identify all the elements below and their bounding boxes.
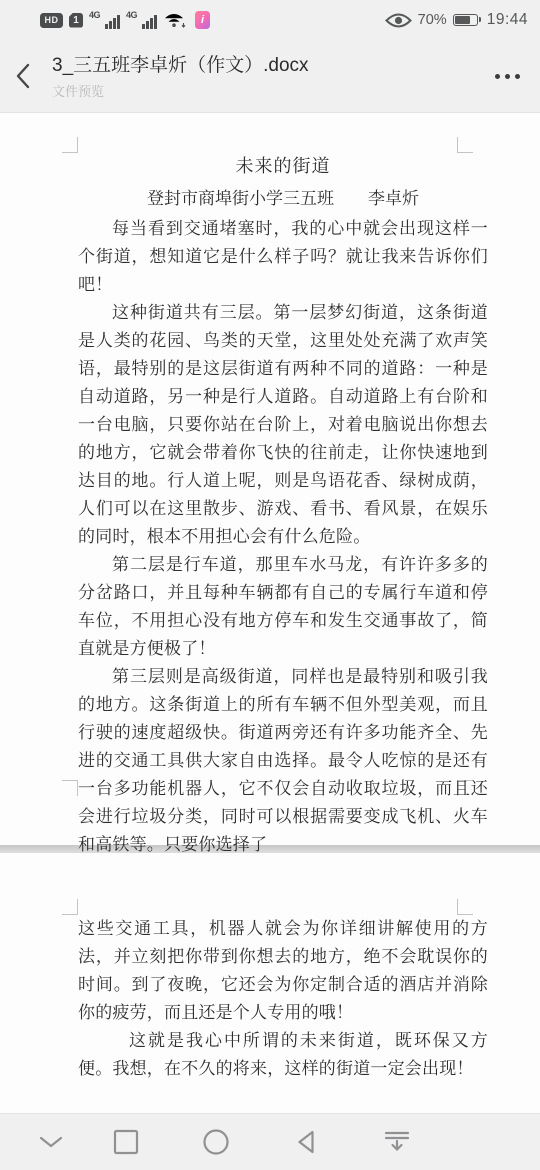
recents-button[interactable] (113, 1129, 140, 1156)
status-bar-right: 70% 19:44 (385, 11, 530, 29)
eye-comfort-icon (385, 12, 412, 29)
wifi-icon (163, 11, 187, 30)
essay-body-page2: 这些交通工具，机器人就会为你详细讲解使用的方法，并立刻把你带到你想去的地方，绝不… (78, 915, 488, 1083)
reader-app-notification-icon: i (195, 11, 210, 29)
signal-bars-icon (142, 15, 157, 29)
circle-icon (202, 1128, 230, 1156)
essay-byline: 登封市商埠街小学三五班 李卓炘 (78, 183, 488, 215)
chevron-left-icon (14, 62, 32, 90)
sim1-icon: 1 (69, 13, 83, 28)
battery-icon (453, 14, 478, 27)
document-page-2: 这些交通工具，机器人就会为你详细讲解使用的方法，并立刻把你带到你想去的地方，绝不… (0, 853, 540, 1113)
status-bar-left: HD 1 4G 4G i (40, 11, 210, 30)
navigation-bar (0, 1113, 540, 1170)
essay-paragraph: 这种街道共有三层。第一层梦幻街道，这条街道是人类的花园、鸟类的天堂，这里处处充满… (78, 299, 488, 551)
essay-paragraph-continuation: 这些交通工具，机器人就会为你详细讲解使用的方法，并立刻把你带到你想去的地方，绝不… (78, 915, 488, 1027)
file-name-title: 3_三五班李卓炘（作文）.docx (52, 50, 489, 77)
page-margin-mark (457, 899, 473, 915)
back-button[interactable] (14, 56, 48, 96)
document-preview-scroll[interactable]: 未来的街道 登封市商埠街小学三五班 李卓炘 每当看到交通堵塞时，我的心中就会出现… (0, 113, 540, 1113)
network-type-label-1: 4G (89, 10, 100, 20)
volte-hd-icon: HD (40, 13, 63, 28)
essay-paragraph: 每当看到交通堵塞时，我的心中就会出现这样一个街道，想知道它是什么样子吗？就让我来… (78, 215, 488, 299)
file-preview-label: 文件预览 (52, 81, 489, 100)
essay-paragraph: 第二层是行车道，那里车水马龙，有许许多多的分岔路口，并且每种车辆都有自己的专属行… (78, 551, 488, 663)
more-menu-button[interactable] (489, 62, 526, 91)
signal-strength-icon-1: 4G (89, 11, 120, 30)
essay-paragraph: 这就是我心中所谓的未来街道，既环保又方便。我想，在不久的将来，这样的街道一定会出… (78, 1027, 488, 1083)
hide-navbar-button[interactable] (38, 1134, 64, 1150)
square-icon (113, 1129, 140, 1156)
app-header: 3_三五班李卓炘（作文）.docx 文件预览 (0, 40, 540, 113)
signal-strength-icon-2: 4G (126, 11, 157, 30)
essay-body-page1: 未来的街道 登封市商埠街小学三五班 李卓炘 每当看到交通堵塞时，我的心中就会出现… (78, 149, 488, 859)
network-type-label-2: 4G (126, 10, 137, 20)
document-page-1: 未来的街道 登封市商埠街小学三五班 李卓炘 每当看到交通堵塞时，我的心中就会出现… (0, 113, 540, 845)
page-margin-mark (62, 780, 78, 796)
clock-label: 19:44 (487, 11, 528, 29)
back-nav-button[interactable] (294, 1129, 318, 1156)
page-margin-mark (62, 137, 78, 153)
file-title-block: 3_三五班李卓炘（作文）.docx 文件预览 (48, 50, 489, 100)
essay-title: 未来的街道 (78, 149, 488, 183)
chevron-down-icon (38, 1134, 64, 1150)
signal-bars-icon (105, 15, 120, 29)
phone-screen: HD 1 4G 4G i (0, 0, 540, 1170)
home-button[interactable] (202, 1128, 230, 1156)
notification-panel-button[interactable] (384, 1131, 410, 1153)
triangle-left-icon (294, 1129, 318, 1156)
pull-down-panel-icon (384, 1131, 410, 1153)
status-bar: HD 1 4G 4G i (0, 0, 540, 40)
page-margin-mark (62, 899, 78, 915)
essay-paragraph: 第三层则是高级街道，同样也是最特别和吸引我的地方。这条街道上的所有车辆不但外型美… (78, 663, 488, 859)
battery-percent-label: 70% (418, 12, 447, 28)
